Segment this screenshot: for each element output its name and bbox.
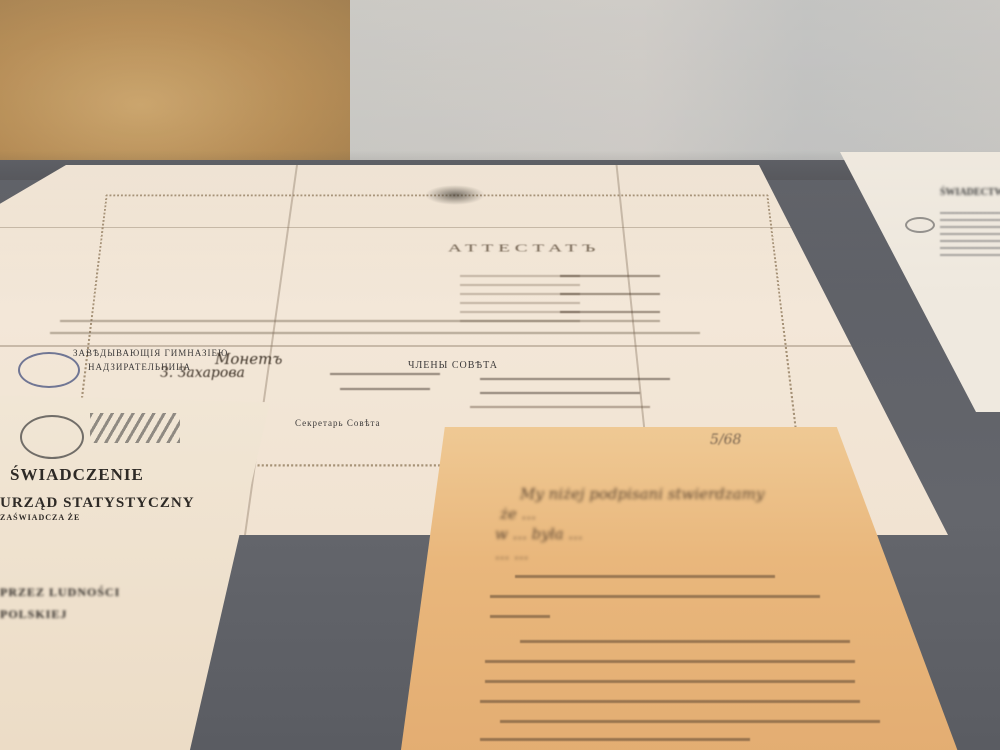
letter-ink-line [490, 615, 550, 618]
letter-line: że ... [500, 505, 536, 523]
imperial-stamp-icon [18, 352, 80, 388]
grade-value [560, 293, 660, 295]
signature-stroke [480, 392, 640, 394]
certificate-line-2: URZĄD STATYSTYCZNY [0, 495, 195, 512]
right-doc-heading: ŚWIADECTWO [940, 187, 1000, 198]
signature-stroke [340, 388, 430, 390]
letter-line: ... ... [495, 545, 528, 563]
wall-right-grey [350, 0, 1000, 165]
text-line [60, 320, 660, 322]
grade-value [560, 275, 660, 277]
letter-ink-line [485, 660, 855, 663]
signature: З. Захарова [160, 365, 245, 381]
headmistress-label: ЗАВѢДЫВАЮЩІЯ ГИМНАЗІЕЮ [73, 348, 228, 358]
letter-ink-line [520, 640, 850, 643]
grade-value [560, 311, 660, 313]
signature-stroke [330, 373, 440, 375]
signature-stroke [480, 378, 670, 380]
eagle-crest-icon [425, 185, 485, 205]
text-line [50, 332, 700, 334]
eagle-seal-icon [20, 415, 84, 459]
certificate-heading: ŚWIADCZENIE [10, 465, 144, 485]
council-heading: ЧЛЕНЫ СОВѢТА [408, 360, 498, 371]
grade-line [460, 302, 580, 304]
right-doc-text-block [940, 207, 1000, 257]
certificate-line-3: ZAŚWIADCZA ŻE [0, 513, 80, 522]
letter-line: w ... była ... [495, 525, 583, 543]
letter-ink-line [490, 595, 820, 598]
right-doc-stamp-icon [905, 217, 935, 233]
certificate-line-5: POLSKIEJ [0, 607, 67, 622]
secretary-label: Секретарь Совѣта [295, 418, 381, 428]
letter-line: My niżej podpisani stwierdzamy [520, 485, 764, 503]
letter-ink-line [480, 700, 860, 703]
letter-ink-line [485, 680, 855, 683]
decorative-stripes [90, 413, 180, 443]
letter-ink-line [480, 738, 750, 741]
wall-left-ochre [0, 0, 350, 175]
letter-ink-line [515, 575, 775, 578]
certificate-line-4: PRZEZ LUDNOŚCI [0, 585, 120, 600]
letter-ink-line [500, 720, 880, 723]
attestat-title: АТТЕСТАТЪ [448, 243, 600, 255]
reference-number: 5/68 [710, 432, 741, 448]
signature-stroke [470, 406, 650, 408]
grade-line [460, 284, 580, 286]
